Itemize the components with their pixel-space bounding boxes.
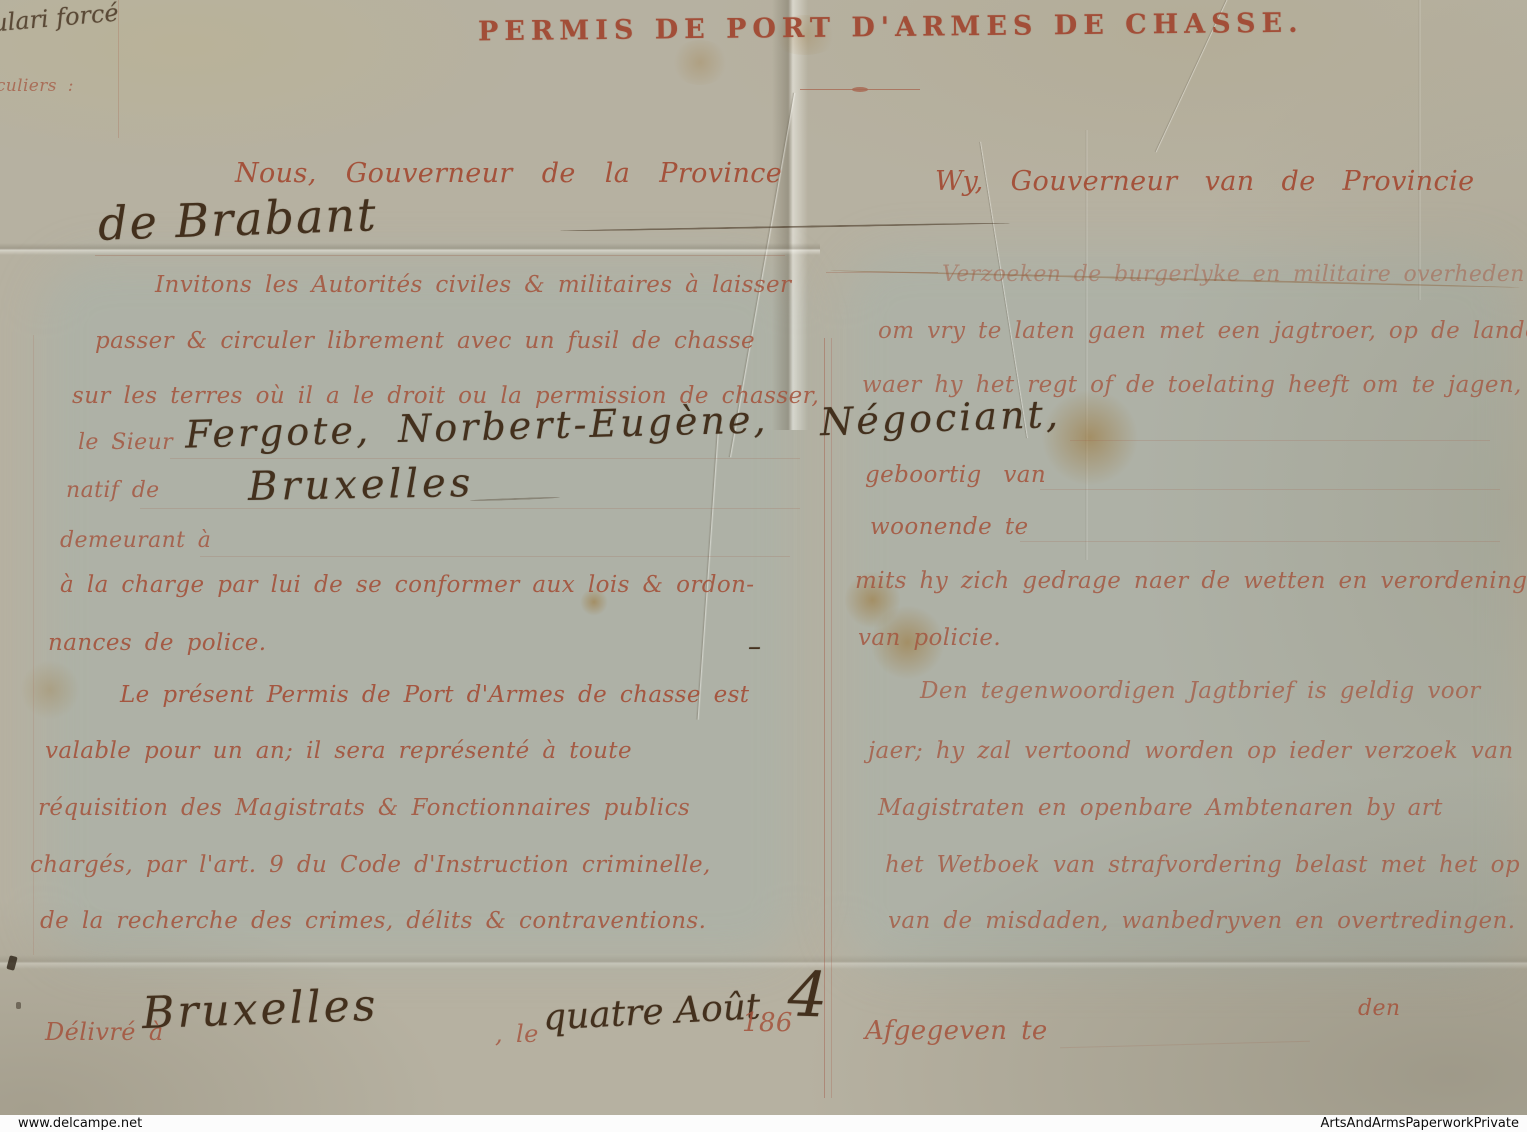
profession-rule [1070, 440, 1490, 441]
watermark-bar: www.delcampe.net ArtsAndArmsPaperworkPri… [0, 1115, 1527, 1132]
dutch-heading: Wy, Gouverneur van de Provincie [935, 166, 1475, 197]
ornament-dot [852, 87, 868, 92]
afgegeven-label: Afgegeven te [865, 1016, 1048, 1046]
delivre-place-handwritten: Bruxelles [141, 980, 379, 1039]
natif-value-handwritten: Bruxelles [248, 460, 475, 510]
mits-line2: van policie. [858, 625, 1001, 651]
fold-crease-rightedge [1418, 0, 1421, 300]
french-para2-line2: valable pour un an; il sera représenté à… [45, 738, 632, 764]
province-rule [95, 255, 785, 256]
fold-crease-vertical-center [772, 0, 808, 430]
document-photo: PERMIS DE PORT D'ARMES DE CHASSE. ulari … [0, 0, 1527, 1132]
woonende-rule [1020, 541, 1500, 542]
corner-handwritten-note: ulari forcé [0, 0, 120, 37]
province-handwritten: de Brabant [97, 187, 378, 251]
dutch-para1-line2: om vry te laten gaen met een jagtroer, o… [878, 318, 1527, 344]
woonende-label: woonende te [870, 514, 1029, 540]
date-printed: 186 [742, 1008, 793, 1038]
mits-line1: mits hy zich gedrage naer de wetten en v… [855, 568, 1527, 594]
demeurant-rule [200, 556, 790, 557]
date-digit-handwritten: 4 [787, 957, 829, 1031]
geboortig-rule [1040, 489, 1500, 490]
watermark-right: ArtsAndArmsPaperworkPrivate [1320, 1115, 1519, 1132]
date-handwritten: quatre Août [542, 986, 761, 1038]
dutch-para1-line3: waer hy het regt of de toelating heeft o… [862, 372, 1527, 398]
natif-rule [140, 508, 800, 509]
natif-label: natif de [66, 478, 160, 503]
afgegeven-rule [1060, 1041, 1310, 1049]
french-para1-line1: Invitons les Autorités civiles & militai… [155, 272, 791, 298]
dutch-para2-line2: jaer; hy zal vertoond worden op ieder ve… [868, 738, 1514, 764]
french-para1-line2: passer & circuler librement avec un fusi… [95, 328, 755, 354]
title-ornament [800, 86, 920, 93]
dutch-para2-line5: van de misdaden, wanbedryven en overtred… [888, 908, 1515, 934]
french-para2-line1: Le présent Permis de Port d'Armes de cha… [120, 682, 749, 708]
dutch-para2-line1: Den tegenwoordigen Jagtbrief is geldig v… [920, 678, 1481, 704]
corner-printed-label: iculiers : [0, 76, 74, 96]
sieur-label: le Sieur [78, 430, 173, 455]
ink-speck-left2 [16, 1002, 21, 1009]
french-para2-line5: de la recherche des crimes, délits & con… [40, 908, 706, 934]
sieur-rule [170, 458, 800, 459]
dutch-para2-line4: het Wetboek van strafvordering belast me… [885, 852, 1520, 878]
french-heading: Nous, Gouverneur de la Province [235, 158, 782, 189]
french-para2-line4: chargés, par l'art. 9 du Code d'Instruct… [30, 852, 711, 878]
filler-dash: – [748, 632, 761, 662]
demeurant-label: demeurant à [60, 528, 211, 553]
dutch-para2-line3: Magistraten en openbare Ambtenaren by ar… [878, 795, 1443, 821]
stain-small2 [20, 660, 80, 720]
french-para2-line3: réquisition des Magistrats & Fonctionnai… [38, 795, 690, 821]
document-title: PERMIS DE PORT D'ARMES DE CHASSE. [478, 8, 1304, 48]
charge-line2: nances de police. [48, 630, 266, 656]
le-label: , le [495, 1020, 539, 1048]
fold-crease-bottom [0, 955, 1527, 969]
watermark-left: www.delcampe.net [18, 1115, 142, 1132]
geboortig-label: geboortig van [865, 462, 1046, 488]
stain-top [670, 40, 730, 85]
den-label: den [1358, 996, 1400, 1021]
column-divider-line-b [831, 338, 832, 1098]
charge-line1: à la charge par lui de se conformer aux … [60, 572, 754, 598]
profession-handwritten: Négociant, [819, 392, 1061, 444]
